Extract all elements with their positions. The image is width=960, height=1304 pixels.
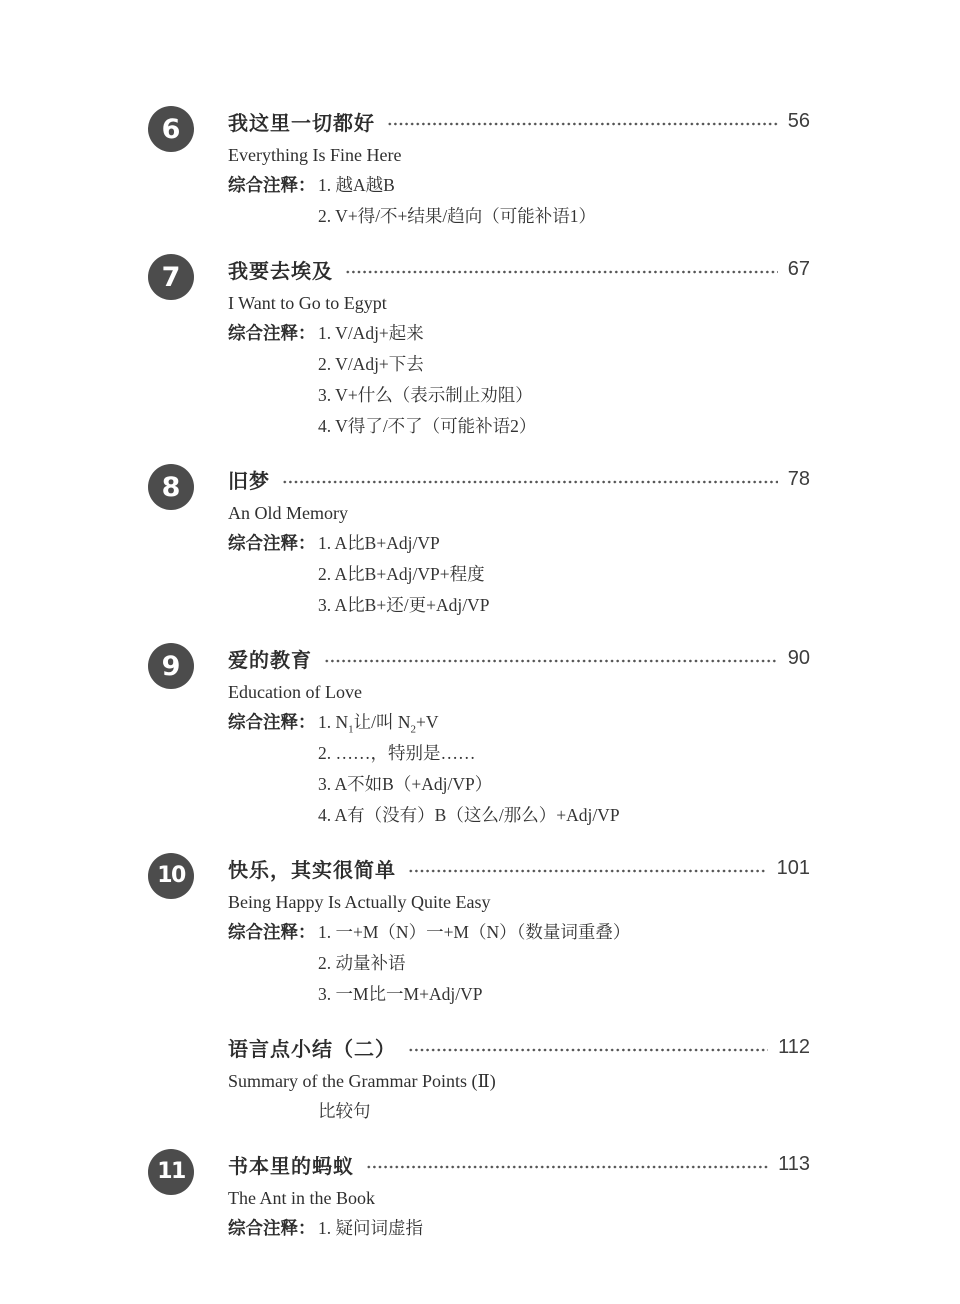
note-item: 2. V/Adj+下去 — [318, 349, 810, 380]
section-page-number: 56 — [788, 110, 810, 133]
section-title-row: 爱的教育 90 — [228, 641, 810, 675]
note-item: 2. A比B+Adj/VP+程度 — [318, 559, 810, 590]
section-title-zh: 旧梦 — [228, 465, 270, 494]
note-item: 2. ……，特别是…… — [318, 738, 810, 769]
toc-section: 7 我要去埃及 67 I Want to Go to Egypt 综合注释： 1… — [148, 252, 810, 442]
toc-section: 8 旧梦 78 An Old Memory 综合注释： 1. A比B+Adj/V… — [148, 462, 810, 621]
toc-page: 6 我这里一切都好 56 Everything Is Fine Here 综合注… — [0, 0, 960, 1304]
toc-section: 10 快乐，其实很简单 101 Being Happy Is Actually … — [148, 851, 810, 1010]
note-item: 3. V+什么（表示制止劝阻） — [318, 380, 810, 411]
note-item: 1. A比B+Adj/VP — [318, 528, 810, 559]
note-item: 2. V+得/不+结果/趋向（可能补语1） — [318, 201, 810, 232]
dotted-leader — [366, 1165, 768, 1169]
section-title-en: An Old Memory — [228, 498, 810, 528]
section-notes: 综合注释： 1. V/Adj+起来2. V/Adj+下去3. V+什么（表示制止… — [228, 318, 810, 442]
section-page-number: 112 — [778, 1036, 810, 1059]
section-title-en: Summary of the Grammar Points (Ⅱ) — [228, 1066, 810, 1096]
section-title-row: 书本里的蚂蚁 113 — [228, 1147, 810, 1181]
section-notes: 综合注释： 1. 一+M（N）一+M（N）（数量词重叠）2. 动量补语3. 一M… — [228, 917, 810, 1010]
section-number-badge: 6 — [148, 106, 194, 152]
section-title-zh: 我这里一切都好 — [228, 107, 375, 136]
section-title-en: Everything Is Fine Here — [228, 140, 810, 170]
section-content: 语言点小结（二） 112 Summary of the Grammar Poin… — [228, 1030, 810, 1127]
note-item: 2. 动量补语 — [318, 948, 810, 979]
toc-section: 6 我这里一切都好 56 Everything Is Fine Here 综合注… — [148, 104, 810, 232]
section-page-number: 78 — [788, 468, 810, 491]
section-title-zh: 爱的教育 — [228, 644, 312, 673]
section-title-zh: 语言点小结（二） — [228, 1033, 396, 1062]
section-content: 我这里一切都好 56 Everything Is Fine Here 综合注释：… — [228, 104, 810, 232]
toc-section: 语言点小结（二） 112 Summary of the Grammar Poin… — [148, 1030, 810, 1127]
section-notes: 综合注释： 1. 越A越B2. V+得/不+结果/趋向（可能补语1） — [228, 170, 810, 232]
note-item: 1. 越A越B — [318, 170, 810, 201]
section-content: 我要去埃及 67 I Want to Go to Egypt 综合注释： 1. … — [228, 252, 810, 442]
section-number-badge: 11 — [148, 1149, 194, 1195]
dotted-leader — [345, 270, 778, 274]
section-title-zh: 快乐，其实很简单 — [228, 854, 396, 883]
section-title-row: 语言点小结（二） 112 — [228, 1030, 810, 1064]
section-title-en: Being Happy Is Actually Quite Easy — [228, 887, 810, 917]
section-title-en: The Ant in the Book — [228, 1183, 810, 1213]
section-notes: 比较句 — [228, 1096, 810, 1127]
dotted-leader — [408, 1048, 768, 1052]
toc-section: 9 爱的教育 90 Education of Love 综合注释： 1. N1让… — [148, 641, 810, 831]
toc-section: 11 书本里的蚂蚁 113 The Ant in the Book 综合注释： … — [148, 1147, 810, 1244]
note-item: 4. V得了/不了（可能补语2） — [318, 411, 810, 442]
note-item: 1. 一+M（N）一+M（N）（数量词重叠） — [318, 917, 810, 948]
note-item: 1. 疑问词虚指 — [318, 1213, 810, 1244]
dotted-leader — [324, 659, 778, 663]
section-number-badge: 9 — [148, 643, 194, 689]
section-page-number: 101 — [777, 857, 810, 880]
section-notes: 综合注释： 1. A比B+Adj/VP2. A比B+Adj/VP+程度3. A比… — [228, 528, 810, 621]
section-content: 书本里的蚂蚁 113 The Ant in the Book 综合注释： 1. … — [228, 1147, 810, 1244]
note-item: 4. A有（没有）B（这么/那么）+Adj/VP — [318, 800, 810, 831]
note-item: 3. A不如B（+Adj/VP） — [318, 769, 810, 800]
section-page-number: 113 — [778, 1153, 810, 1176]
section-number-badge: 8 — [148, 464, 194, 510]
toc-sections: 6 我这里一切都好 56 Everything Is Fine Here 综合注… — [148, 104, 810, 1244]
section-number-badge: 7 — [148, 254, 194, 300]
section-title-en: I Want to Go to Egypt — [228, 288, 810, 318]
section-page-number: 67 — [788, 258, 810, 281]
note-item: 比较句 — [318, 1096, 810, 1127]
section-notes: 综合注释： 1. 疑问词虚指 — [228, 1213, 810, 1244]
notes-label: 综合注释： — [228, 917, 316, 948]
notes-label: 综合注释： — [228, 170, 316, 201]
note-item: 3. A比B+还/更+Adj/VP — [318, 590, 810, 621]
section-number-badge: 10 — [148, 853, 194, 899]
note-item: 3. 一M比一M+Adj/VP — [318, 979, 810, 1010]
section-content: 爱的教育 90 Education of Love 综合注释： 1. N1让/叫… — [228, 641, 810, 831]
section-notes: 综合注释： 1. N1让/叫 N2+V2. ……，特别是……3. A不如B（+A… — [228, 707, 810, 831]
notes-label: 综合注释： — [228, 528, 316, 559]
note-item: 1. N1让/叫 N2+V — [318, 707, 810, 738]
section-title-en: Education of Love — [228, 677, 810, 707]
section-title-zh: 我要去埃及 — [228, 255, 333, 284]
section-title-row: 我这里一切都好 56 — [228, 104, 810, 138]
section-content: 旧梦 78 An Old Memory 综合注释： 1. A比B+Adj/VP2… — [228, 462, 810, 621]
section-title-row: 我要去埃及 67 — [228, 252, 810, 286]
dotted-leader — [408, 869, 767, 873]
dotted-leader — [387, 122, 778, 126]
notes-label: 综合注释： — [228, 1213, 316, 1244]
notes-label: 综合注释： — [228, 707, 316, 738]
notes-label: 综合注释： — [228, 318, 316, 349]
section-title-row: 旧梦 78 — [228, 462, 810, 496]
section-content: 快乐，其实很简单 101 Being Happy Is Actually Qui… — [228, 851, 810, 1010]
section-title-zh: 书本里的蚂蚁 — [228, 1150, 354, 1179]
dotted-leader — [282, 480, 778, 484]
note-item: 1. V/Adj+起来 — [318, 318, 810, 349]
section-page-number: 90 — [788, 647, 810, 670]
section-title-row: 快乐，其实很简单 101 — [228, 851, 810, 885]
